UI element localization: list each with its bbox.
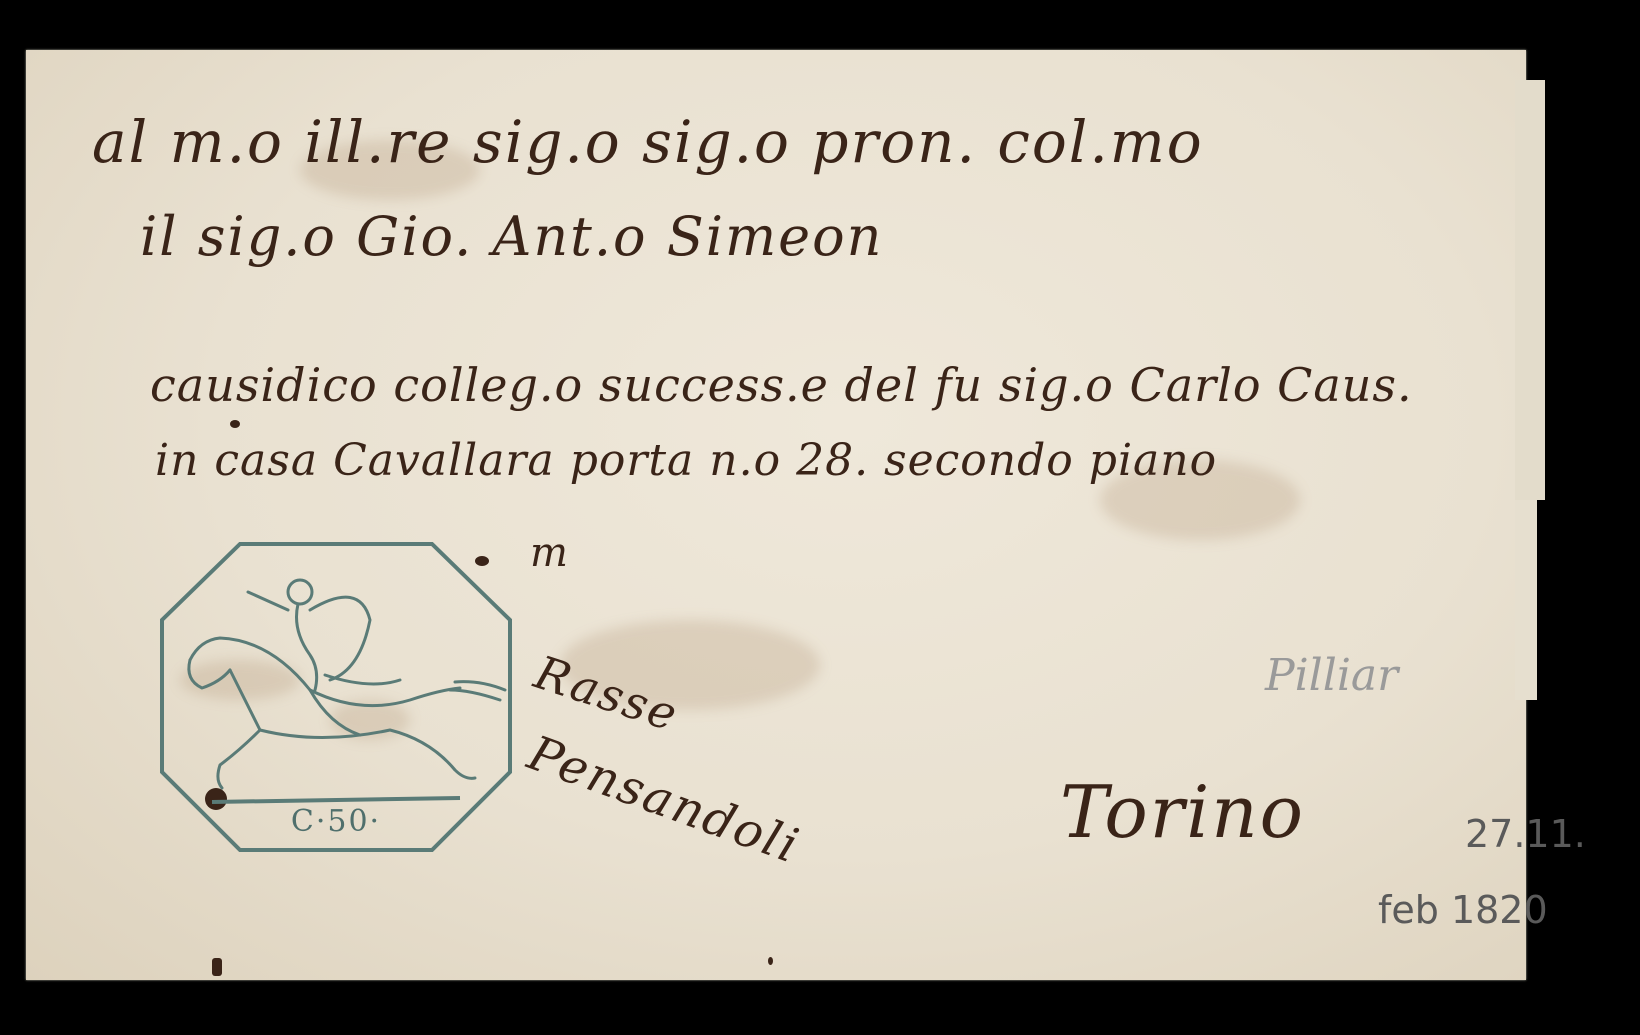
stamp-value: C·50· bbox=[160, 804, 512, 839]
destination-torino: Torino bbox=[1060, 770, 1305, 854]
horse-and-cherub-icon bbox=[189, 580, 505, 788]
address-line-1: al m.o ill.re sig.o sig.o pron. col.mo bbox=[92, 108, 1204, 176]
address-line-2: il sig.o Gio. Ant.o Simeon bbox=[140, 205, 883, 268]
address-line-3: causidico colleg.o success.e del fu sig.… bbox=[150, 358, 1413, 412]
pencil-date-year: feb 1820 bbox=[1378, 888, 1548, 932]
address-line-4: in casa Cavallara porta n.o 28. secondo … bbox=[155, 435, 1217, 486]
ink-spot bbox=[230, 420, 240, 428]
cavallino-stamp: C·50· bbox=[160, 540, 512, 852]
cover-fold-edge bbox=[1515, 80, 1545, 500]
ink-spot bbox=[212, 958, 222, 976]
pencil-date-day: 27.11. bbox=[1465, 812, 1586, 856]
ink-spot bbox=[768, 957, 773, 965]
marginal-note: m bbox=[530, 530, 570, 576]
faint-pencil-signature: Pilliar bbox=[1265, 650, 1398, 701]
cover-fold-edge-lower bbox=[1515, 500, 1537, 700]
